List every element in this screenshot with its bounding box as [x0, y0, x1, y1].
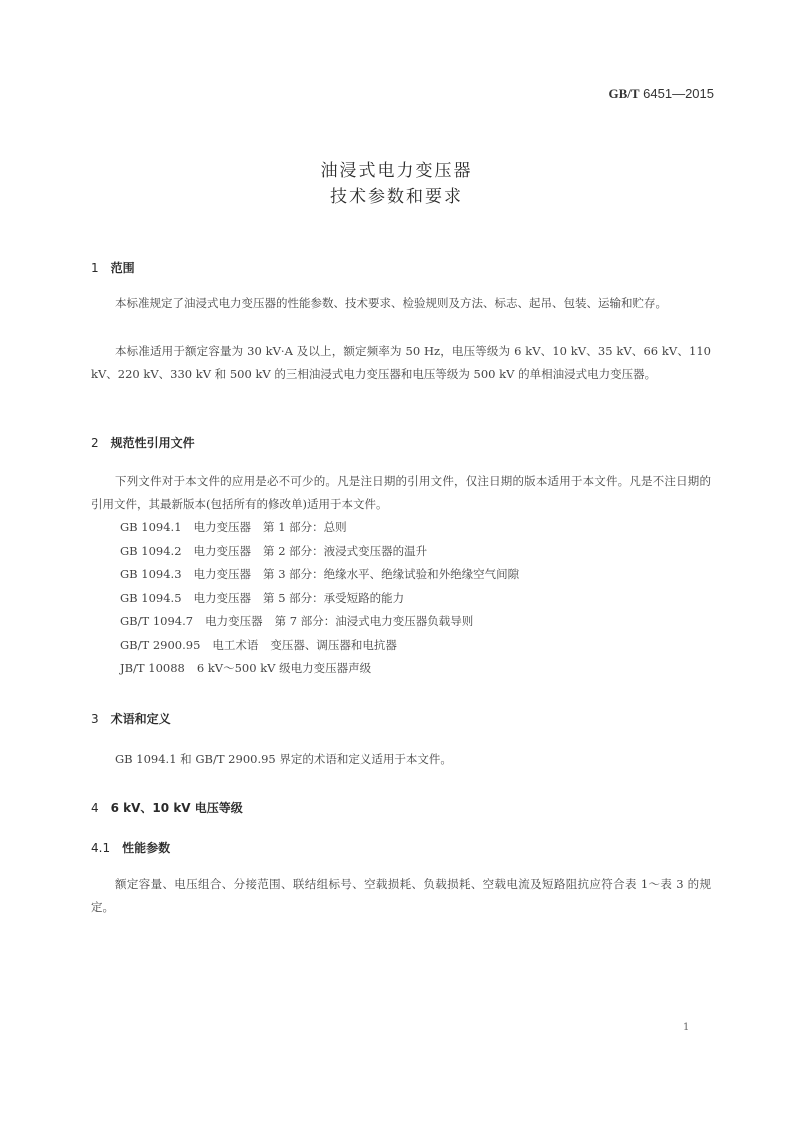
reference-item: GB 1094.1电力变压器第 1 部分：总则 — [120, 516, 519, 540]
reference-part: 第 7 部分：油浸式电力变压器负载导则 — [275, 614, 474, 628]
document-title: 油浸式电力变压器 技术参数和要求 — [0, 158, 793, 210]
normative-references-list: GB 1094.1电力变压器第 1 部分：总则 GB 1094.2电力变压器第 … — [120, 516, 519, 681]
section-number: 4.1 — [91, 841, 110, 855]
reference-part: 第 1 部分：总则 — [263, 520, 347, 534]
section-number: 3 — [91, 712, 99, 726]
reference-name: 电力变压器 — [194, 516, 252, 540]
section-3-heading: 3术语和定义 — [91, 710, 171, 727]
section-1-heading: 1范围 — [91, 259, 135, 276]
reference-item: GB/T 1094.7电力变压器第 7 部分：油浸式电力变压器负载导则 — [120, 610, 519, 634]
reference-part: 第 5 部分：承受短路的能力 — [263, 591, 404, 605]
standard-number: 6451—2015 — [643, 86, 714, 101]
section-title: 规范性引用文件 — [111, 436, 195, 450]
section-4-1-heading: 4.1性能参数 — [91, 839, 170, 856]
section-title: 术语和定义 — [111, 712, 171, 726]
reference-name: 电工术语 — [212, 634, 258, 658]
reference-code: GB/T 2900.95 — [120, 634, 200, 658]
reference-item: GB 1094.2电力变压器第 2 部分：液浸式变压器的温升 — [120, 540, 519, 564]
reference-code: GB 1094.5 — [120, 587, 182, 611]
reference-item: GB 1094.5电力变压器第 5 部分：承受短路的能力 — [120, 587, 519, 611]
section-title: 性能参数 — [122, 841, 170, 855]
reference-name: 电力变压器 — [194, 587, 252, 611]
page-number: 1 — [683, 1022, 689, 1033]
reference-code: GB 1094.1 — [120, 516, 182, 540]
section-1-paragraph-1: 本标准规定了油浸式电力变压器的性能参数、技术要求、检验规则及方法、标志、起吊、包… — [91, 292, 711, 315]
reference-item: GB/T 2900.95电工术语变压器、调压器和电抗器 — [120, 634, 519, 658]
reference-code: JB/T 10088 — [120, 657, 185, 681]
reference-part: 变压器、调压器和电抗器 — [270, 638, 397, 652]
reference-part: 第 2 部分：液浸式变压器的温升 — [263, 544, 427, 558]
reference-name: 电力变压器 — [205, 610, 263, 634]
section-1-paragraph-2: 本标准适用于额定容量为 30 kV·A 及以上，额定频率为 50 Hz，电压等级… — [91, 340, 711, 386]
standard-code: GB/T 6451—2015 — [608, 86, 714, 102]
reference-part: 第 3 部分：绝缘水平、绝缘试验和外绝缘空气间隙 — [263, 567, 519, 581]
section-4-heading: 46 kV、10 kV 电压等级 — [91, 799, 243, 816]
section-number: 1 — [91, 261, 99, 275]
title-line-2: 技术参数和要求 — [0, 184, 793, 210]
reference-part: 6 kV～500 kV 级电力变压器声级 — [197, 661, 371, 675]
section-number: 4 — [91, 801, 99, 815]
section-4-1-paragraph-1: 额定容量、电压组合、分接范围、联结组标号、空载损耗、负载损耗、空载电流及短路阻抗… — [91, 873, 711, 919]
section-title: 6 kV、10 kV 电压等级 — [111, 801, 243, 815]
section-2-paragraph-1: 下列文件对于本文件的应用是必不可少的。凡是注日期的引用文件，仅注日期的版本适用于… — [91, 470, 711, 516]
reference-code: GB 1094.3 — [120, 563, 182, 587]
section-2-heading: 2规范性引用文件 — [91, 434, 195, 451]
reference-name: 电力变压器 — [194, 540, 252, 564]
section-title: 范围 — [111, 261, 135, 275]
section-number: 2 — [91, 436, 99, 450]
title-line-1: 油浸式电力变压器 — [0, 158, 793, 184]
reference-code: GB 1094.2 — [120, 540, 182, 564]
reference-code: GB/T 1094.7 — [120, 610, 193, 634]
standard-prefix: GB/T — [608, 86, 639, 101]
section-3-paragraph-1: GB 1094.1 和 GB/T 2900.95 界定的术语和定义适用于本文件。 — [91, 748, 711, 771]
reference-name: 电力变压器 — [194, 563, 252, 587]
reference-item: JB/T 100886 kV～500 kV 级电力变压器声级 — [120, 657, 519, 681]
reference-item: GB 1094.3电力变压器第 3 部分：绝缘水平、绝缘试验和外绝缘空气间隙 — [120, 563, 519, 587]
